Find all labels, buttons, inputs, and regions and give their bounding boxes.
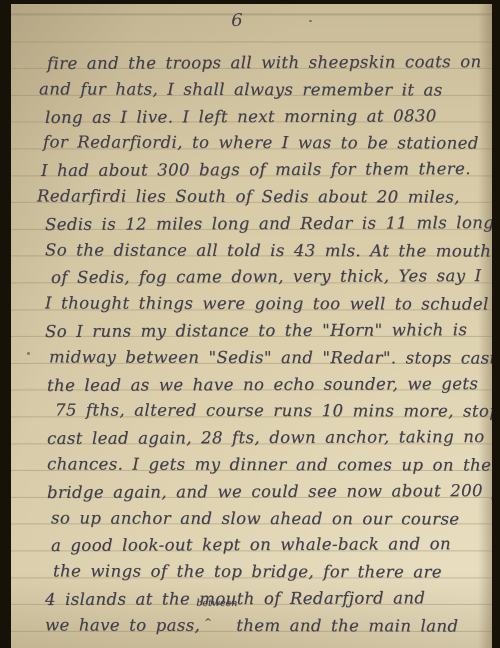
handwritten-line: 4 islands at the mouth of Redarfjord and [45,585,492,614]
handwritten-text: fire and the troops all with sheepskin c… [11,50,492,640]
handwritten-line: I had about 300 bags of mails for them t… [41,156,492,185]
handwritten-line: 75 fths, altered course runs 10 mins mor… [55,398,492,426]
handwritten-line: cast lead again, 28 fts, down anchor, ta… [47,424,492,453]
handwritten-line: for Redarfiordi, to where I was to be st… [43,130,492,158]
handwritten-line: So I runs my distance to the "Horn" whic… [45,317,492,346]
handwritten-line: of Sedis, fog came down, very thick, Yes… [51,263,492,292]
inserted-word-block: between^ [200,621,236,631]
handwritten-line: and fur hats, I shall always remember it… [39,76,492,104]
handwritten-line: the lead as we have no echo sounder, we … [47,371,492,400]
last-line-before: we have to pass, [45,615,200,634]
handwritten-line: fire and the troops all with sheepskin c… [47,49,492,78]
inserted-word: between [196,599,237,609]
handwritten-line: the wings of the top bridge, for there a… [53,559,492,587]
handwritten-line-with-insertion: we have to pass,between^them and the mai… [45,612,492,640]
handwritten-line: a good look-out kept on whale-back and o… [51,531,492,560]
last-line-after: them and the main land [236,616,458,636]
handwritten-line: midway between "Sedis" and "Redar". stop… [49,344,492,372]
diary-page: 6 fire and the troops all with sheepskin… [11,4,492,648]
handwritten-line: So the distance all told is 43 mls. At t… [45,237,492,265]
handwritten-line: chances. I gets my dinner and comes up o… [47,451,492,479]
page-number: 6 [217,10,257,31]
handwritten-line: I thought things were going too well to … [45,291,492,319]
handwritten-line: Redarfirdi lies South of Sedis about 20 … [37,183,492,211]
handwritten-line: long as I live. I left next morning at 0… [45,103,492,132]
insertion-caret-icon: ^ [204,619,212,628]
handwritten-line: bridge again, and we could see now about… [47,478,492,507]
handwritten-line: Sedis is 12 miles long and Redar is 11 m… [45,210,492,239]
handwritten-line: so up anchor and slow ahead on our cours… [51,505,492,533]
ink-speck [309,20,312,22]
